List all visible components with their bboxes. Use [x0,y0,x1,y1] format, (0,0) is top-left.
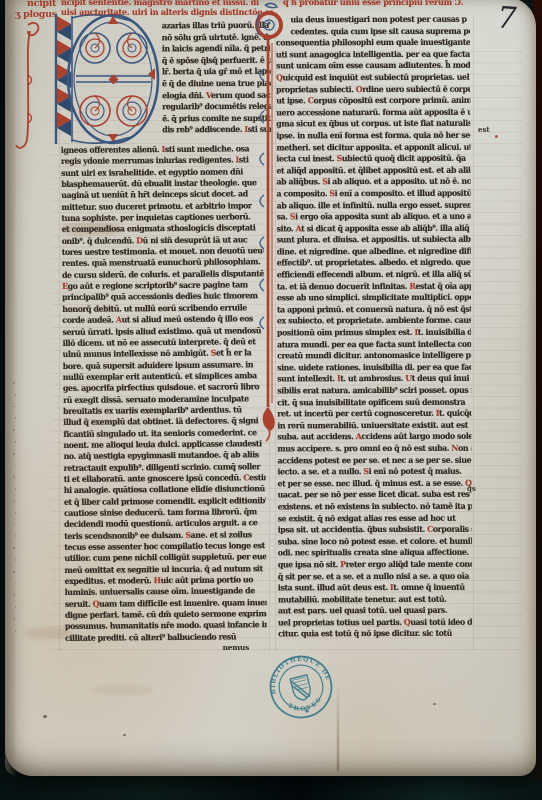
text-line: q̄ sit per se. et a se. et a nullo nisi … [278,570,472,582]
text-line: cit. q̄ sua inuisibilitate opificem suū … [277,396,471,408]
speck [433,703,436,705]
marginal-correction: est [478,125,490,134]
rubric-line: uisi auctoritate. uiri in alteris dignis… [61,7,273,17]
manuscript-photo: ncipit ʒ plogus [0,0,542,800]
text-line: creatū mundi dicitur. antonomasice intel… [277,350,471,362]
text-line: existens. et nō existens in subiecto. nō… [278,501,472,513]
text-line: que ipsa nō sit. Preter ergo aliq̄d tale… [278,559,472,571]
catchword: nemus [203,643,249,652]
text-line: citur. quia est totū q̄ nō ipse dicitur.… [278,628,472,640]
marginal-correction: q̄s [467,484,476,493]
text-line: ab aliq̄bus. Si ab aliquo. et a apposito… [276,176,470,188]
text-line: proprietas subiecti. Ordine uero subiect… [276,83,470,95]
stamp-text-top: BIBLIOTHÈQUE DE [263,648,332,695]
text-line: ta. et iā denuo docuerīt infinitas. Rest… [277,280,471,292]
text-line: suba. aut accidens. Accidens aūt largo m… [277,431,471,443]
stamp-shield-icon [290,675,312,702]
text-line: ta apponi primū. et conuersū natura. q̄ … [277,304,471,316]
text-line: ret. ut incertū per certū cognosceretur.… [277,408,471,420]
text-line: atura mundi. per ea que facta sunt intel… [277,338,471,350]
right-column-rubric: q̄ h̄ probatur uniū esse principiū rerum… [283,0,483,7]
text-line: ista sunt. illud aūt deus est. It. omne … [278,582,472,594]
text-line: positionū oīm primus simplex est. It. in… [277,327,471,339]
text-line: Quicquid est inquiūt est subiectū propri… [276,72,470,84]
text-line: in rerū numerabiliū. uniuersitate existi… [277,419,471,431]
text-line: accidens potest ee per se. et nec a se p… [277,454,471,466]
text-line: iecta cui inest. Subiectū quoq̄ dicit ap… [276,153,470,165]
text-line: effectib⁹. ut proprietates. albedo. et n… [277,257,471,269]
text-line: sine. uidete rationes. inuisibilia di. p… [277,361,471,373]
svg-text:BIBLIOTHÈQUE DE: BIBLIOTHÈQUE DE [263,648,332,695]
text-line: efficiendi effecendi album. et nigrū. et… [277,269,471,281]
text-line: ipsa sit. ut accidentia. q̄bus subsistit… [278,524,472,536]
left-column-rubric: ncipit sententie. magistro martino et iu… [61,0,273,17]
right-column-text: uia deus inuestigari non potest per caus… [276,14,478,641]
left-column-text: igneos offerentes alienū. Isti sunt medi… [61,143,273,644]
text-line: suba. sine loco nō potest esse. et color… [278,535,472,547]
pricking-hole [13,618,15,620]
text-line: uero accessione naturarū. forma aūt appo… [276,106,470,118]
text-line: et aliq̄d appositū. et q̄libet appositū … [276,164,470,176]
text-line: ut ipse. Corpus cōpositū est corpore pri… [276,95,470,107]
text-line: uti sunt anagogica intelligentia. per ea… [276,48,470,60]
stain [93,685,153,695]
text-line: dine. et nigredine. que albedine. et nig… [277,246,471,258]
text-line: uel proprietas totius uel partis. Quasi … [278,617,472,629]
text-line: uia deus inuestigari non potest per caus… [276,14,470,26]
red-ink-dot [495,135,498,138]
text-line: esse ab uno simplici. simplicitate multi… [277,292,471,304]
library-stamp: BIBLIOTHÈQUE DE TROYES ✱ [255,641,347,733]
text-line: sunt intellexit. It. ut ambrosius. Ut de… [277,373,471,385]
speck [123,734,126,736]
text-line: ex subiecto. et proprietate. ambiente fo… [277,315,471,327]
text-line: sunt unicam oīm esse causam adiutentes. … [276,60,470,72]
text-line: mus accipere. s. pro omni eo q̄ nō est s… [277,443,471,455]
text-line: consequentia philosophi eum quale inuest… [276,37,470,49]
parchment-page: ncipit ʒ plogus [5,0,536,776]
text-line: sunt plura. et diuisa. et appositis. ut … [277,234,471,246]
text-line: sibilis erat natura. amicabilib⁹ sciri p… [277,385,471,397]
text-line: se existit. q̄ nō exigat alias res esse … [278,512,472,524]
pricking-hole [13,429,15,431]
pricking-hole [13,500,15,502]
text-line: uacat. per se nō per esse licet dicat. s… [278,489,472,501]
text-line: et per se esse. nec illud. q̄ minus est.… [278,477,472,489]
pricking-hole [13,571,15,573]
text-line: metheri. set dicitur apposita. et apponi… [276,141,470,153]
text-line: gma sicut ex q̄bus ut corpus. ut iste fi… [276,118,470,130]
text-line: iecto. a se. et a nullo. Si enī nō potes… [277,466,471,478]
text-line: aut est pars. uel quasi totū. uel quasi … [278,605,472,617]
pricking-hole [13,453,15,455]
rubric-line: ncipit sententie. magistro martino et iu… [61,0,273,7]
speck [43,715,47,718]
text-line: ipse. in nulla enī forma est forma. quia… [276,130,470,142]
text-line: odi. nec spiritualis creata sine aliqua … [278,547,472,559]
text-line: a composito. Si enī a composito. et illu… [277,188,471,200]
pricking-hole [13,547,15,549]
text-line: cedentes. quia cum ipse sit causa suprem… [276,25,470,37]
text-line: sito. At si dicat q̄ apposita esse ab al… [277,222,471,234]
rubric-line: q̄ h̄ probatur uniū esse principiū rerum… [283,0,483,7]
pricking-hole [13,382,15,384]
decorated-initial-B [38,8,160,150]
text-line: ab aliquo. ille et infinitū. nulla ergo … [277,199,471,211]
folio-number: 7 [493,1,521,37]
text-line: sa. Si ergo oīa apposita sunt ab aliquo.… [277,211,471,223]
text-line: mutabiliū. mobilitate tenetur. aut est t… [278,593,472,605]
